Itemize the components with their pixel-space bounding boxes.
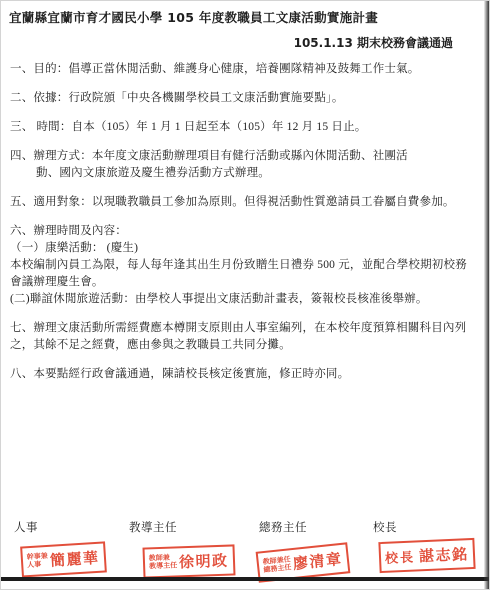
principal-stamp: 校長 諶志銘 [378, 538, 475, 573]
principal-stamp-name: 諶志銘 [419, 543, 469, 566]
item-5-line-1: 五、適用對象：以現職教職員工參加為原則。但得視活動性質邀請員工眷屬自費參加。 [10, 194, 473, 211]
item-3-time: 三、 時間：自本（105）年 1 月 1 日起至本（105）年 12 月 15 … [10, 119, 473, 136]
academic-director-stamp-role: 教師兼 教導主任 [149, 554, 178, 570]
item-6-line-1: 六、辦理時間及內容： [10, 223, 473, 240]
item-6-line-5: (二)聯誼休閒旅遊活動：由學校人事提出文康活動計畫表，簽報校長核准後舉辦。 [10, 291, 473, 308]
academic-director-stamp-name: 徐明政 [179, 550, 229, 573]
academic-director-stamp: 教師兼 教導主任 徐明政 [142, 544, 235, 578]
item-6-schedule-content: 六、辦理時間及內容： （一）康樂活動： (慶生) 本校編制內員工為限，每人每年逢… [10, 223, 473, 308]
scan-edge-right [484, 1, 489, 589]
item-8-approval: 八、本要點經行政會議通過，陳請校長核定後實施，修正時亦同。 [10, 366, 473, 383]
general-affairs-director-stamp-name: 廖清章 [292, 548, 343, 574]
general-affairs-director-stamp-role: 教師兼任 總務主任 [262, 556, 291, 574]
item-6-line-2: （一）康樂活動： (慶生) [10, 240, 473, 257]
item-4-method: 四、辦理方式：本年度文康活動辦理項目有健行活動或縣內休閒活動、社團活 動、國內文… [10, 148, 473, 182]
item-2-line-1: 二、依據：行政院頒「中央各機關學校員工文康活動實施要點」。 [10, 90, 473, 107]
document-body: 一、目的：倡導正當休閒活動、維護身心健康，培養團隊精神及鼓舞工作士氣。 二、依據… [10, 61, 473, 395]
item-7-funding: 七、辦理文康活動所需經費應本樽開支原則由人事室編列，在本校年度預算相關科目內列 … [10, 320, 473, 354]
signature-label-principal: 校長 [373, 519, 397, 535]
item-2-basis: 二、依據：行政院頒「中央各機關學校員工文康活動實施要點」。 [10, 90, 473, 107]
signature-label-general-affairs-director: 總務主任 [259, 519, 307, 535]
scan-edge-bottom [1, 577, 489, 581]
item-5-applicability: 五、適用對象：以現職教職員工參加為原則。但得視活動性質邀請員工眷屬自費參加。 [10, 194, 473, 211]
personnel-stamp: 幹事兼 人事 簡麗華 [20, 541, 106, 577]
principal-stamp-role: 校長 [385, 547, 416, 567]
item-4-line-2: 動、國內文康旅遊及慶生禮券活動方式辦理。 [10, 165, 473, 182]
signature-label-academic-director: 教導主任 [129, 519, 177, 535]
document-title: 宜蘭縣宜蘭市育才國民小學 105 年度教職員工文康活動實施計畫 [9, 8, 469, 26]
item-6-line-3: 本校編制內員工為限，每人每年逢其出生月份致贈生日禮券 500 元，並配合學校期初… [10, 257, 473, 274]
signature-label-personnel: 人事 [14, 519, 38, 535]
approval-note: 105.1.13 期末校務會議通過 [294, 34, 453, 51]
item-4-line-1: 四、辦理方式：本年度文康活動辦理項目有健行活動或縣內休閒活動、社團活 [10, 148, 473, 165]
personnel-stamp-name: 簡麗華 [49, 547, 100, 571]
item-7-line-2: 之，其餘不足之經費，應由參與之教職員工共同分攤。 [10, 337, 473, 354]
item-8-line-1: 八、本要點經行政會議通過，陳請校長核定後實施，修正時亦同。 [10, 366, 473, 383]
item-1-line-1: 一、目的：倡導正當休閒活動、維護身心健康，培養團隊精神及鼓舞工作士氣。 [10, 61, 473, 78]
item-7-line-1: 七、辦理文康活動所需經費應本樽開支原則由人事室編列，在本校年度預算相關科目內列 [10, 320, 473, 337]
item-3-line-1: 三、 時間：自本（105）年 1 月 1 日起至本（105）年 12 月 15 … [10, 119, 473, 136]
item-6-line-4: 會議辦理慶生會。 [10, 274, 473, 291]
scanned-document-page: 宜蘭縣宜蘭市育才國民小學 105 年度教職員工文康活動實施計畫 105.1.13… [0, 0, 490, 590]
personnel-stamp-role: 幹事兼 人事 [27, 553, 49, 569]
item-1-purpose: 一、目的：倡導正當休閒活動、維護身心健康，培養團隊精神及鼓舞工作士氣。 [10, 61, 473, 78]
